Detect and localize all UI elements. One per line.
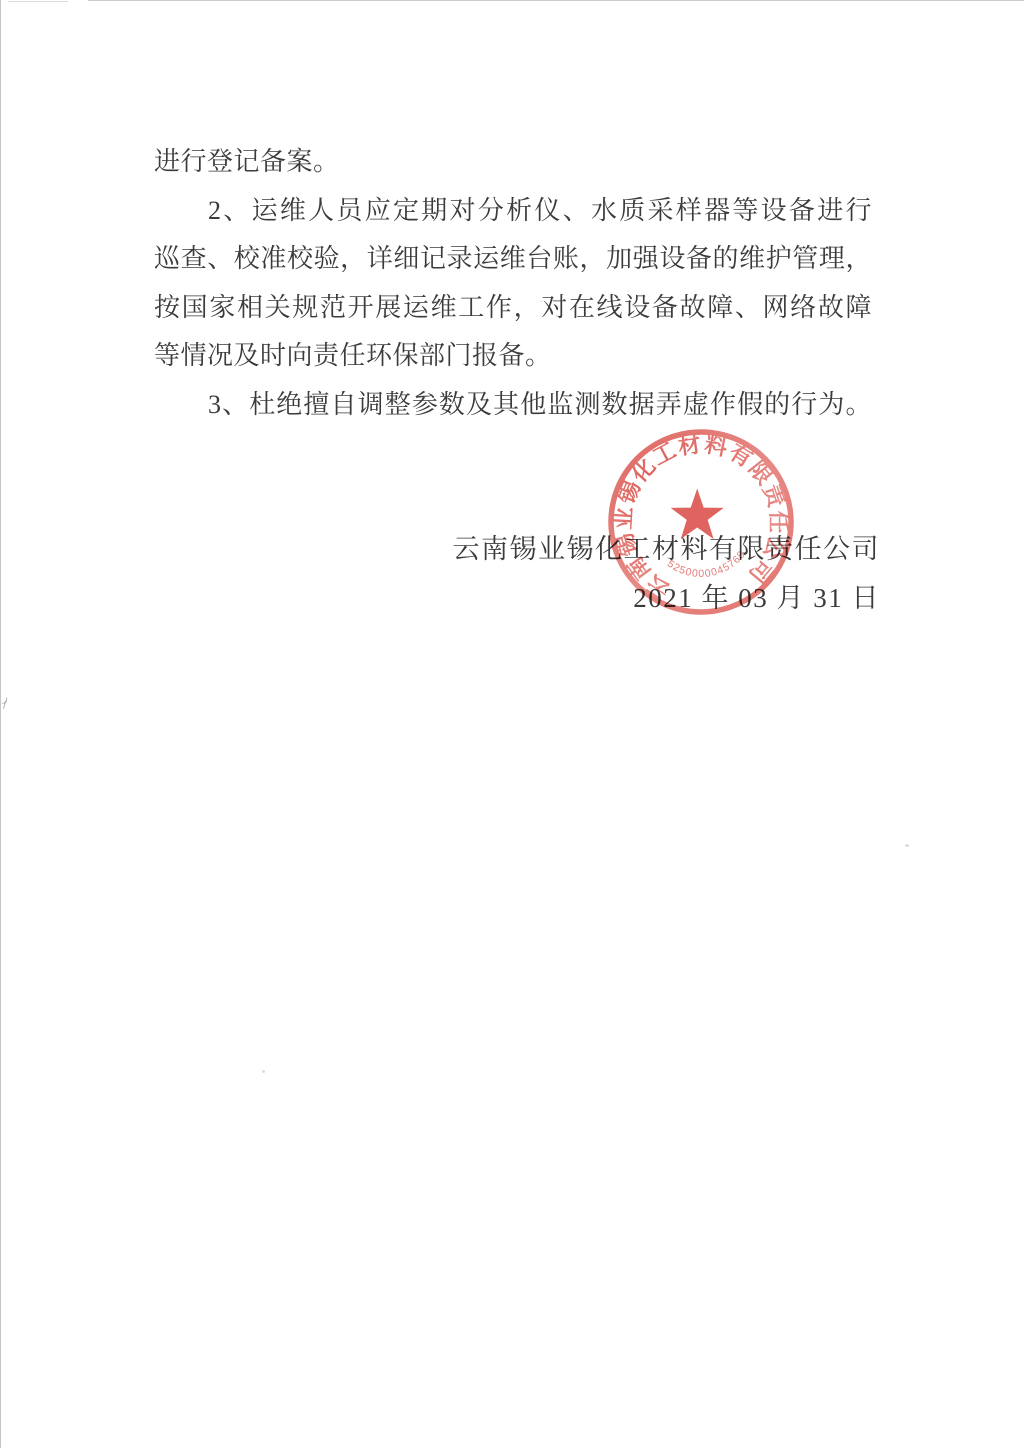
body-line-4: 按国家相关规范开展运维工作，对在线设备故障、网络故障 [154, 284, 872, 333]
scan-artifact-mark [1, 697, 7, 709]
scan-edge-top [88, 0, 1024, 1]
body-line-5: 等情况及时向责任环保部门报备。 [154, 332, 872, 381]
document-body: 进行登记备案。 2、运维人员应定期对分析仪、水质采样器等设备进行 巡查、校准校验… [154, 138, 872, 429]
star-icon [671, 488, 724, 539]
body-line-1: 进行登记备案。 [154, 138, 872, 187]
scan-edge-left [0, 0, 1, 1448]
body-line-2: 2、运维人员应定期对分析仪、水质采样器等设备进行 [154, 187, 872, 236]
scan-edge-top-2 [8, 1, 68, 2]
seal-code-text-path-holder: 5250000045768 [664, 547, 751, 585]
seal-code: 5250000045768 [664, 547, 751, 585]
body-line-3: 巡查、校准校验，详细记录运维台账，加强设备的维护管理， [154, 235, 872, 284]
scan-speck [262, 1070, 265, 1073]
company-seal: 云南锡业锡化工材料有限责任公司 5250000045768 [586, 407, 816, 637]
document-page: 进行登记备案。 2、运维人员应定期对分析仪、水质采样器等设备进行 巡查、校准校验… [0, 0, 1024, 1448]
scan-speck [905, 844, 909, 847]
